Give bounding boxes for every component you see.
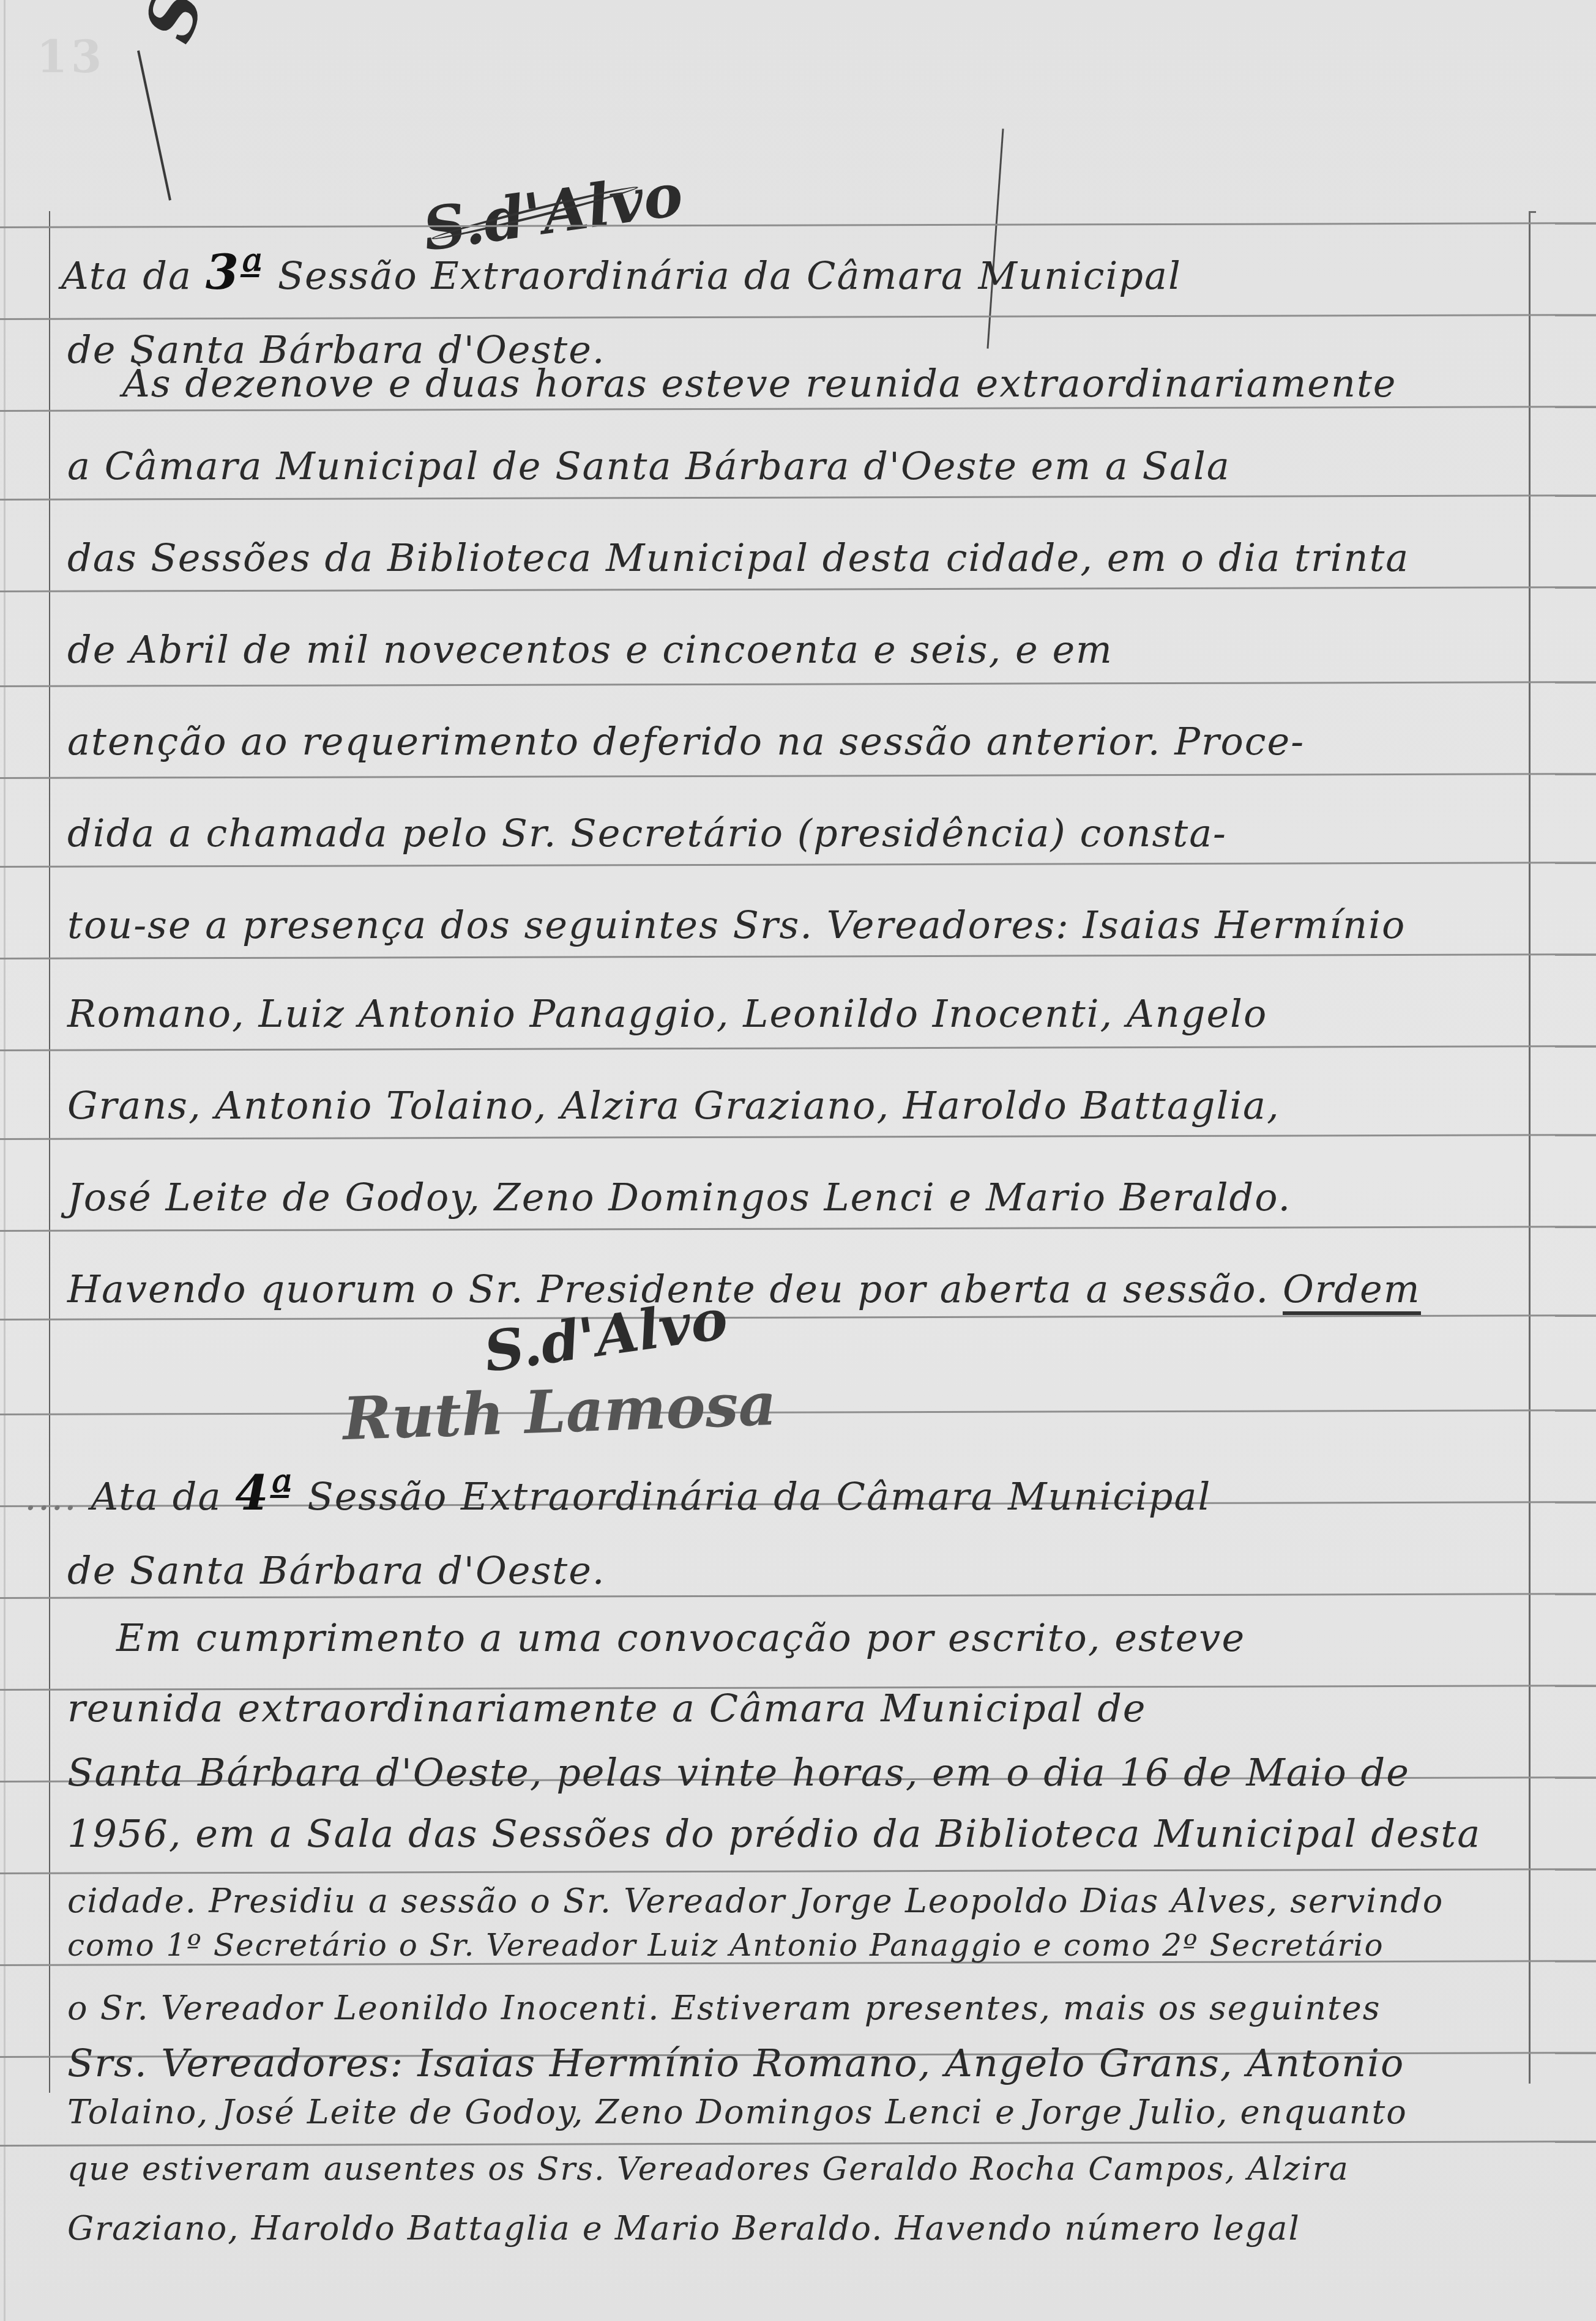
session-number: 4ª	[235, 1466, 294, 1521]
minute-line: das Sessões da Biblioteca Municipal dest…	[67, 535, 1409, 580]
signature-stroke	[137, 50, 171, 200]
minute-line: Graziano, Haroldo Battaglia e Mario Bera…	[67, 2209, 1300, 2248]
minute-line: que estiveram ausentes os Srs. Vereadore…	[67, 2151, 1349, 2188]
minute-line: Srs. Vereadores: Isaias Hermínio Romano,…	[67, 2041, 1404, 2085]
ruled-line	[0, 1134, 1596, 1140]
agenda-label: Ordem	[1283, 1267, 1421, 1315]
minute-line: Tolaino, José Leite de Godoy, Zeno Domin…	[67, 2093, 1408, 2131]
page-binding-edge	[4, 0, 6, 2321]
minute-line: Havendo quorum o Sr. Presidente deu por …	[67, 1267, 1421, 1311]
ruled-line	[0, 862, 1596, 868]
minute-line: Romano, Luiz Antonio Panaggio, Leonildo …	[67, 991, 1267, 1036]
ruled-line	[0, 222, 1596, 228]
minute-line: de Santa Bárbara d'Oeste.	[67, 1548, 606, 1593]
ruled-line	[0, 1226, 1596, 1232]
ruled-line	[0, 586, 1596, 592]
ruled-line	[0, 1314, 1596, 1321]
left-margin-rule	[49, 211, 50, 2093]
ruled-line	[0, 406, 1596, 412]
minute-line: o Sr. Vereador Leonildo Inocenti. Estive…	[67, 1989, 1381, 2027]
ruled-line	[0, 494, 1596, 501]
minute-line: 1956, em a Sala das Sessões do prédio da…	[67, 1811, 1481, 1856]
ruled-line	[0, 2140, 1596, 2147]
minute-line: de Abril de mil novecentos e cincoenta e…	[67, 627, 1113, 672]
minute-line: Às dezenove e duas horas esteve reunida …	[122, 361, 1397, 406]
minute-heading: .... Ata da 4ª Sessão Extraordinária da …	[24, 1466, 1211, 1521]
ruled-line	[0, 1409, 1596, 1415]
minute-line: tou-se a presença dos seguintes Srs. Ver…	[67, 903, 1406, 947]
ledger-page: 13 S.d'Alvo S.d'Alvo Ata da 3ª Sessão Ex…	[0, 0, 1596, 2321]
page-number-stamp: 13	[37, 31, 105, 83]
minute-line: Em cumprimento a uma convocação por escr…	[116, 1615, 1245, 1660]
minute-line: José Leite de Godoy, Zeno Domingos Lenci…	[67, 1175, 1291, 1220]
right-margin-rule	[1529, 211, 1531, 2084]
signature-top-left: S.d'Alvo	[129, 0, 305, 51]
minute-line: como 1º Secretário o Sr. Vereador Luiz A…	[67, 1928, 1384, 1963]
minute-heading: Ata da 3ª Sessão Extraordinária da Câmar…	[61, 245, 1182, 300]
minute-line: reunida extraordinariamente a Câmara Mun…	[67, 1686, 1147, 1731]
minute-line: dida a chamada pelo Sr. Secretário (pres…	[67, 811, 1227, 855]
minute-line: Grans, Antonio Tolaino, Alzira Graziano,…	[67, 1083, 1280, 1128]
ruled-line	[0, 1868, 1596, 1874]
ruled-line	[0, 1045, 1596, 1051]
minute-line: cidade. Presidiu a sessão o Sr. Vereador…	[67, 1882, 1444, 1920]
minute-line: a Câmara Municipal de Santa Bárbara d'Oe…	[67, 444, 1231, 488]
ruled-line	[0, 314, 1596, 320]
ruled-line	[0, 1593, 1596, 1599]
ruled-line	[0, 681, 1596, 687]
signature-secretary: Ruth Lamosa	[341, 1369, 777, 1454]
minute-line: Santa Bárbara d'Oeste, pelas vinte horas…	[67, 1750, 1410, 1795]
ruled-line	[0, 773, 1596, 779]
right-margin-cap	[1529, 211, 1536, 213]
minute-line: atenção ao requerimento deferido na sess…	[67, 719, 1305, 764]
ruled-line	[0, 953, 1596, 959]
session-number: 3ª	[206, 245, 264, 300]
